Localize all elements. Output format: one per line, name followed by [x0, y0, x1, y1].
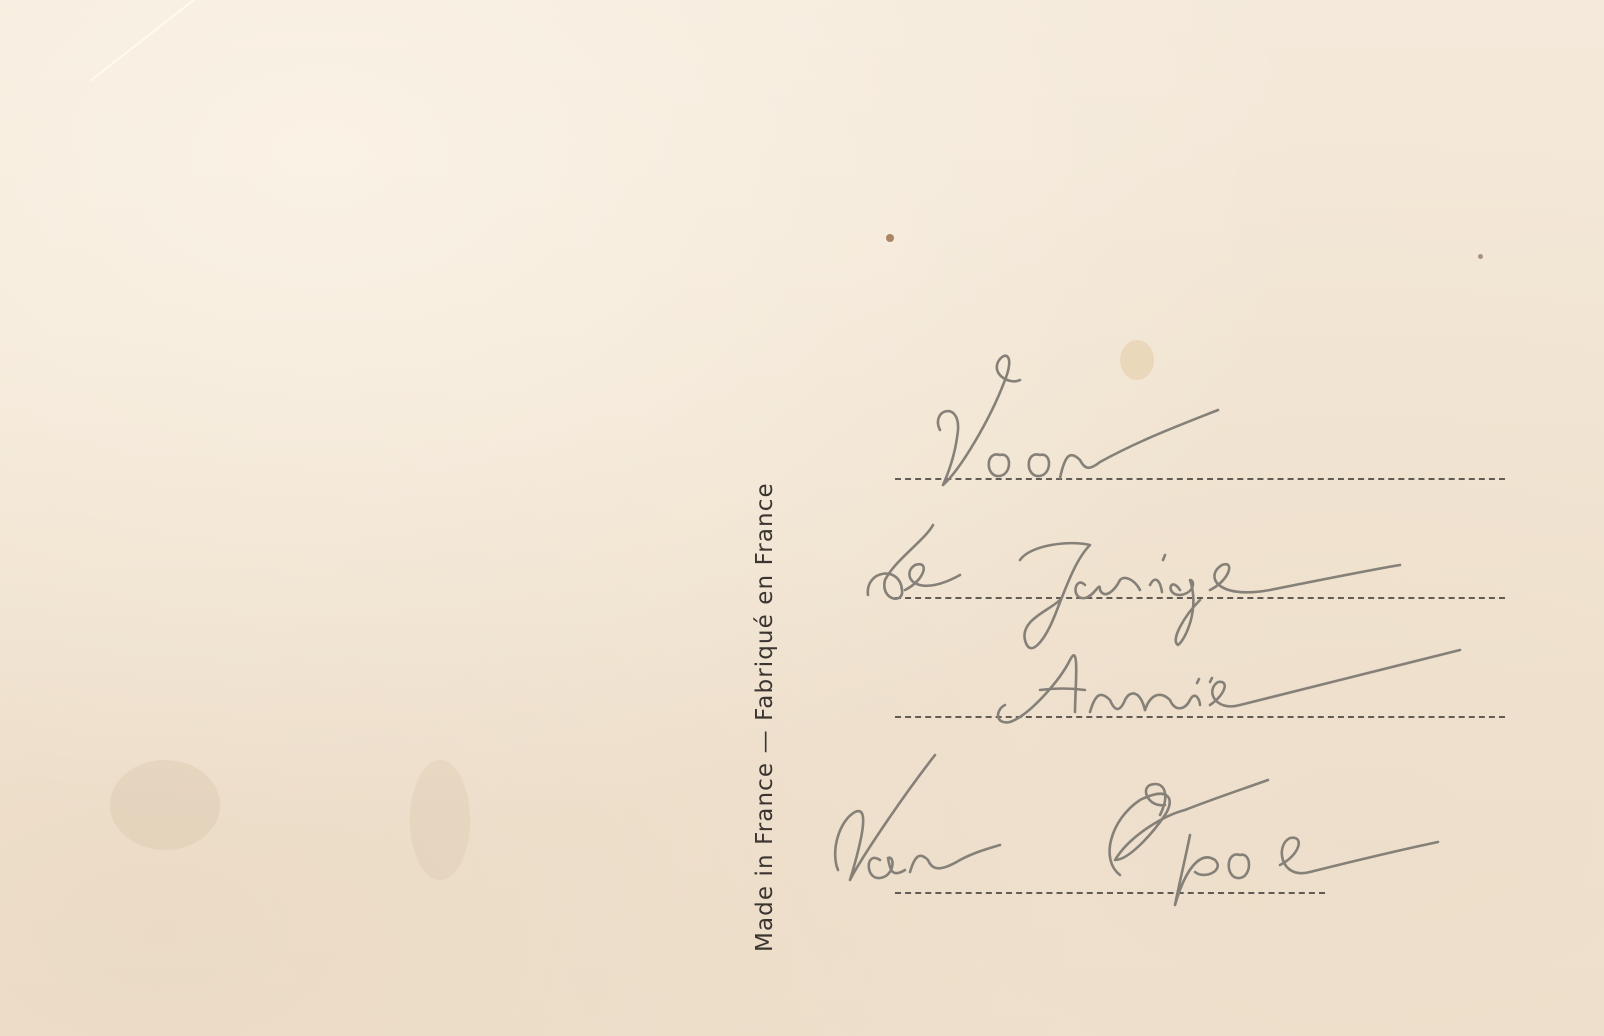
- address-line-3: [895, 716, 1505, 718]
- handwriting-drawing: [0, 0, 1604, 1036]
- stain-spot: [1120, 340, 1154, 380]
- stain-patch: [410, 760, 470, 880]
- address-line-4: [895, 892, 1325, 894]
- divider-text: Made in France — Fabriqué en France: [752, 482, 778, 952]
- postcard-back: Made in France — Fabriqué en France Voor…: [0, 0, 1604, 1036]
- stain-spot: [886, 234, 894, 242]
- stain-spot: [1478, 254, 1483, 259]
- address-line-1: [895, 478, 1505, 480]
- stain-patch: [110, 760, 220, 850]
- paper-crease: [89, 0, 232, 82]
